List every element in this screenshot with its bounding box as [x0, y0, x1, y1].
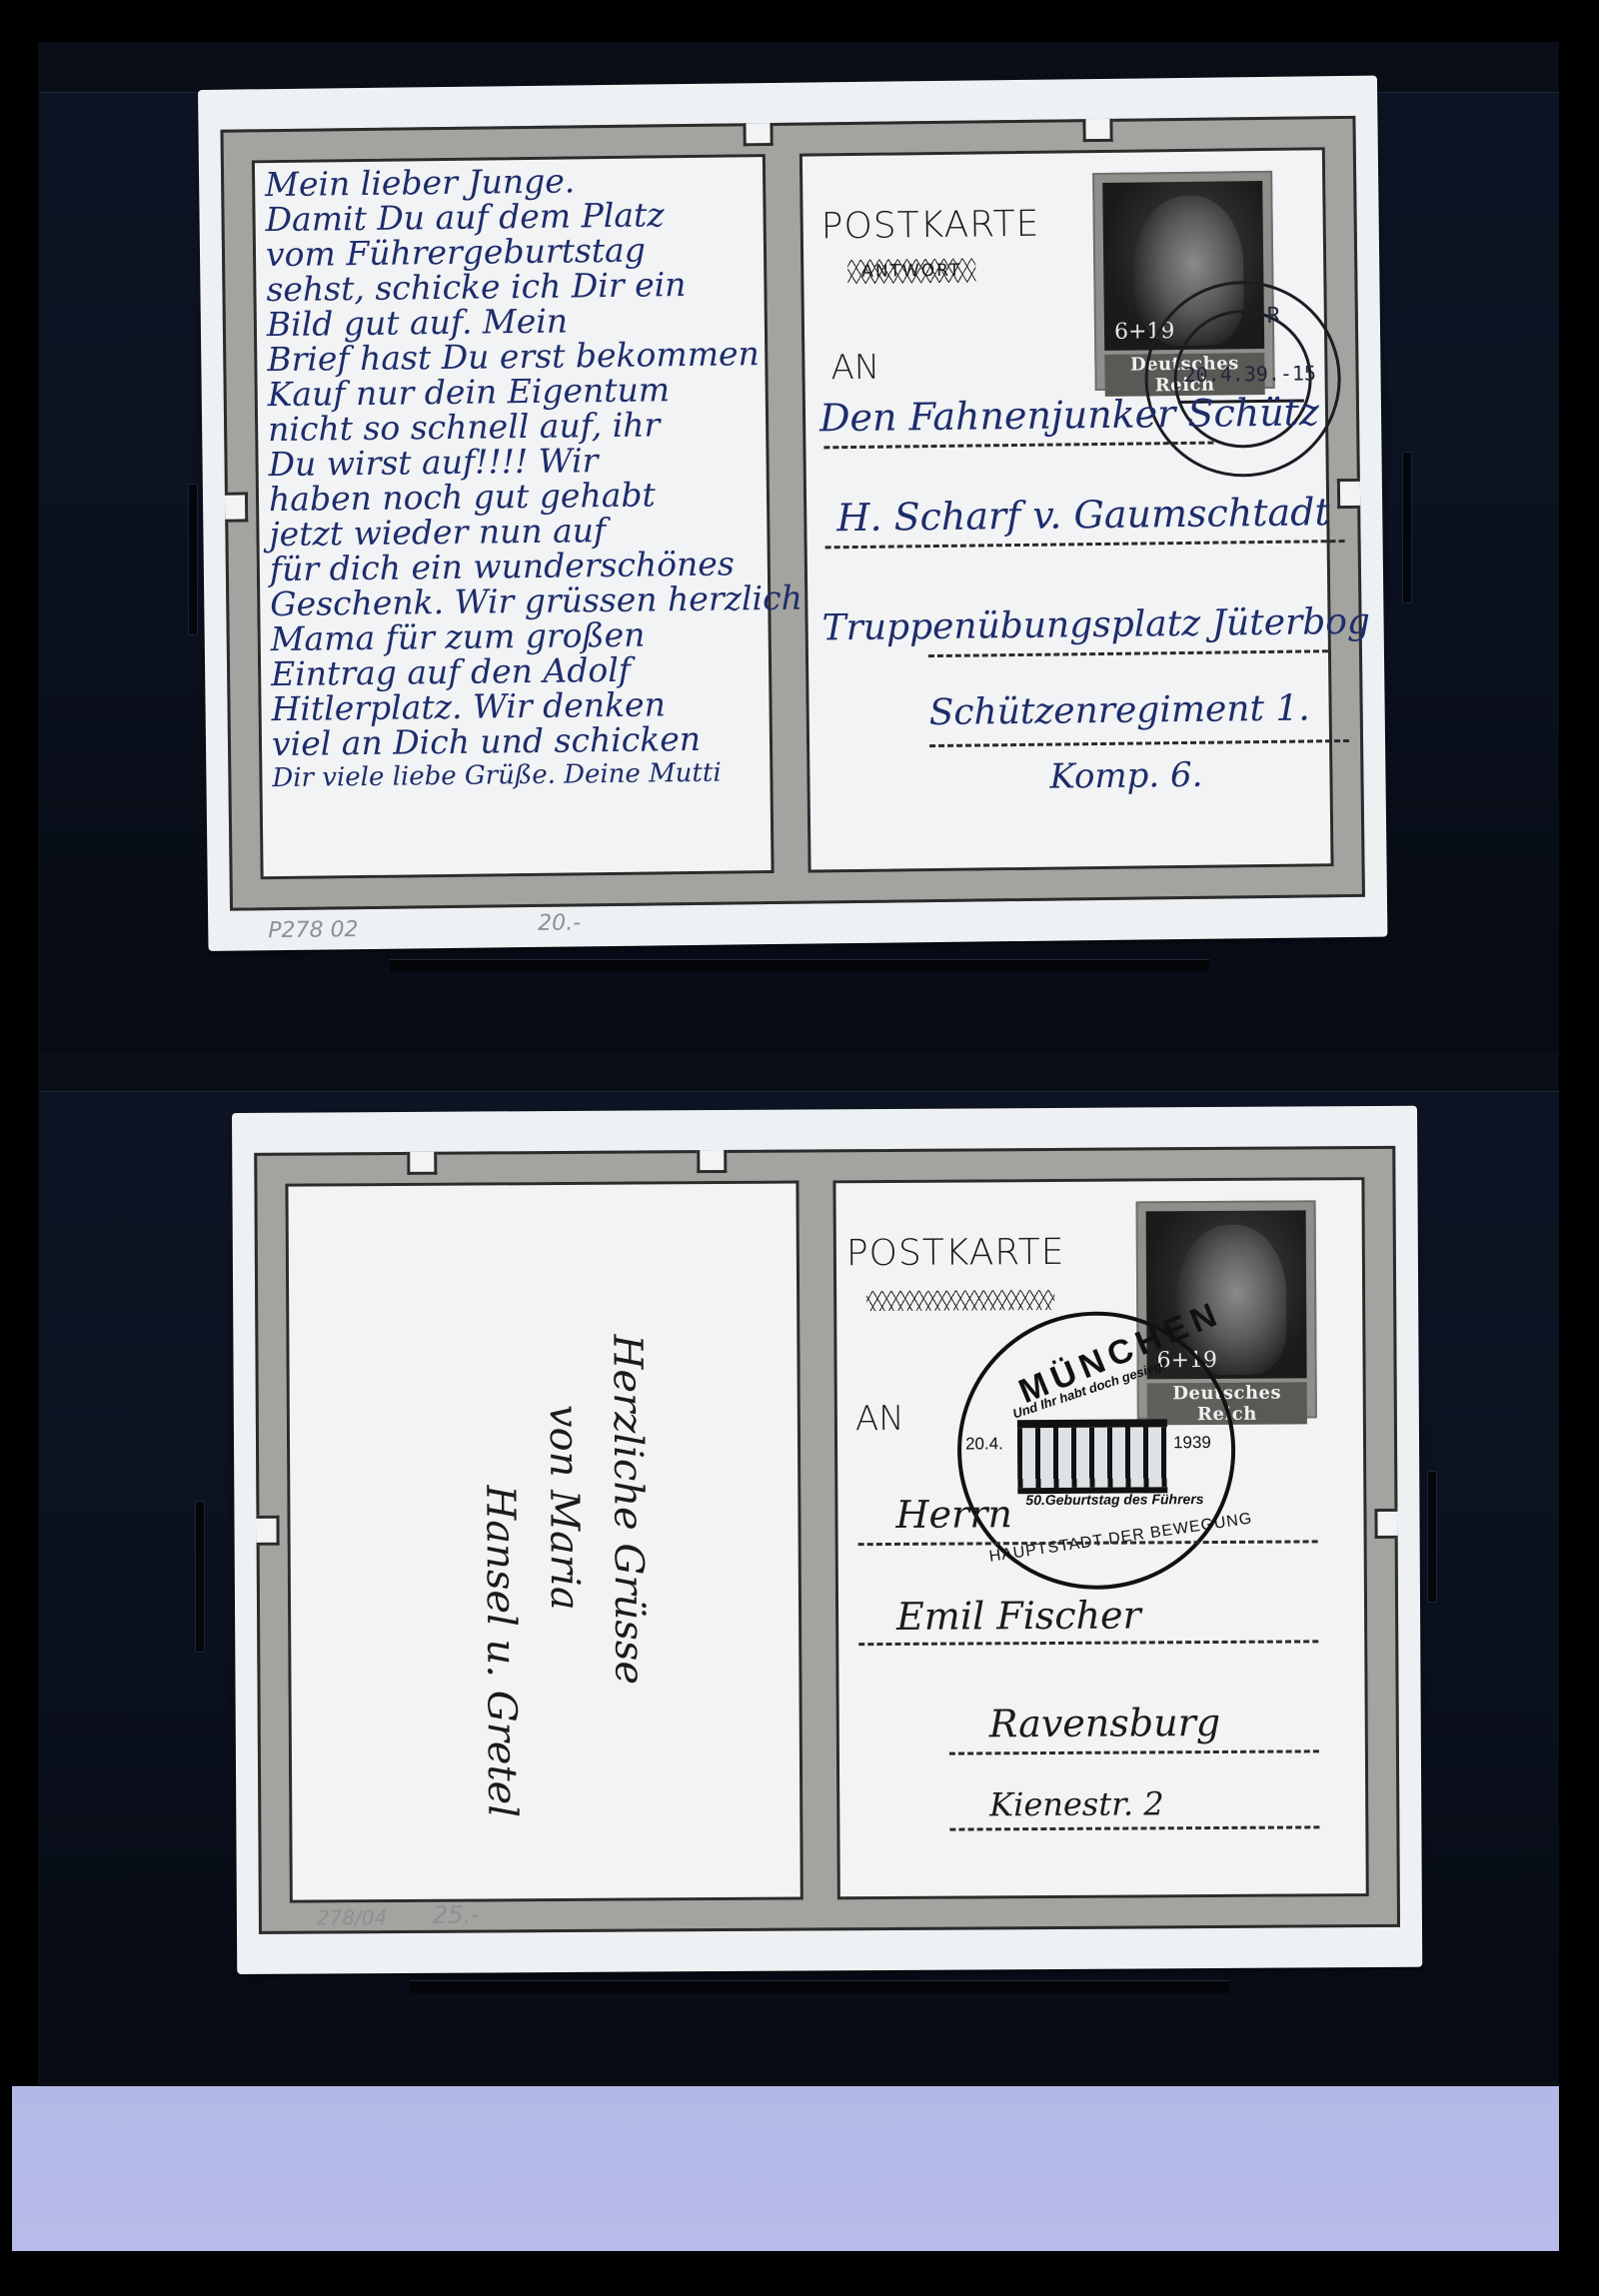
address-panel: POSTKARTE ANTWORT AN 6+19 Deutsches Reic…	[799, 147, 1334, 872]
handwritten-greeting: Herzliche Grüsse von Maria Hansel u. Gre…	[467, 1334, 662, 1817]
postmark-city: MÜNCHEN	[1013, 1294, 1227, 1412]
strip-handle	[195, 1501, 205, 1653]
address-line	[949, 1825, 1319, 1830]
postcard-2: Herzliche Grüsse von Maria Hansel u. Gre…	[232, 1106, 1422, 1974]
antwort-struck-label: ANTWORT	[847, 259, 975, 285]
decorative-frame: Herzliche Grüsse von Maria Hansel u. Gre…	[254, 1146, 1400, 1934]
frame-notch	[1337, 479, 1360, 509]
message-panel: Herzliche Grüsse von Maria Hansel u. Gre…	[285, 1181, 802, 1903]
address-line-3: Truppenübungsplatz Jüterbog	[821, 601, 1370, 649]
strip-handle	[1427, 1471, 1437, 1603]
address-line-3: Ravensburg	[989, 1701, 1221, 1745]
address-line-1: Herrn	[895, 1492, 1012, 1537]
an-label: AN	[855, 1399, 904, 1439]
address-panel: POSTKARTE AN 6+19 Deutsches Reich MÜNCHE…	[832, 1177, 1368, 1899]
address-line-4: Schützenregiment 1.	[928, 687, 1310, 733]
handwritten-message: Mein lieber Junge. Damit Du auf dem Plat…	[265, 161, 804, 796]
frame-notch	[697, 1150, 727, 1173]
an-label: AN	[830, 348, 879, 389]
address-line	[825, 540, 1345, 549]
decorative-frame: Mein lieber Junge. Damit Du auf dem Plat…	[220, 116, 1364, 911]
strip-handle	[188, 484, 198, 635]
building-illustration	[1017, 1419, 1167, 1494]
special-postmark: MÜNCHEN Und Ihr habt doch gesiegt 20.4. …	[956, 1311, 1236, 1591]
address-line	[928, 649, 1328, 657]
greeting-line: von Maria	[531, 1335, 598, 1817]
postmark-date: 20.4.39.-15	[1183, 361, 1316, 387]
postmark-letter: R	[1267, 304, 1281, 329]
pencil-catalog-number: 278/04	[317, 1905, 388, 1929]
pencil-price: 20.-	[538, 910, 581, 936]
address-line	[823, 442, 1213, 450]
frame-notch	[225, 492, 248, 522]
postkarte-heading: POSTKARTE	[846, 1232, 1065, 1274]
ornamental-bar	[866, 1290, 1054, 1311]
address-line-2: Emil Fischer	[896, 1593, 1141, 1638]
postkarte-heading: POSTKARTE	[820, 204, 1039, 248]
frame-notch	[256, 1516, 279, 1546]
frame-notch	[743, 123, 773, 146]
address-line-1: Den Fahnenjunker Schütz	[819, 390, 1319, 440]
pencil-catalog-number: P278 02	[268, 917, 359, 943]
greeting-line: Hansel u. Gretel	[467, 1335, 534, 1817]
postmark-date-right: 1939	[1173, 1433, 1211, 1453]
strip-handle	[1402, 452, 1412, 603]
address-line	[929, 739, 1349, 747]
postcard-1: Mein lieber Junge. Damit Du auf dem Plat…	[198, 76, 1387, 951]
background-surface	[12, 2086, 1559, 2251]
frame-notch	[1374, 1509, 1397, 1539]
pencil-price: 25.-	[433, 1901, 480, 1929]
address-line	[858, 1640, 1318, 1646]
postmark-date-left: 20.4.	[965, 1434, 1003, 1454]
message-line: Dir viele liebe Grüße. Deine Mutti	[272, 755, 804, 797]
postmark-outer: 20.4.39.-15 R	[1143, 280, 1341, 478]
address-line-2: H. Scharf v. Gaumschtadt	[836, 490, 1330, 540]
frame-notch	[1082, 119, 1112, 142]
postmark-bottom-text: HAUPTSTADT DER BEWEGUNG	[988, 1510, 1254, 1566]
address-line-4: Kienestr. 2	[989, 1784, 1164, 1823]
address-line	[949, 1749, 1319, 1754]
frame-notch	[407, 1152, 437, 1175]
message-panel: Mein lieber Junge. Damit Du auf dem Plat…	[252, 154, 775, 879]
postmark-occasion: 50.Geburtstag des Führers	[1025, 1491, 1203, 1508]
strip-slit	[410, 1980, 1229, 1993]
greeting-line: Herzliche Grüsse	[595, 1334, 662, 1816]
address-line-5: Komp. 6.	[1049, 755, 1203, 797]
strip-slit	[390, 959, 1209, 972]
